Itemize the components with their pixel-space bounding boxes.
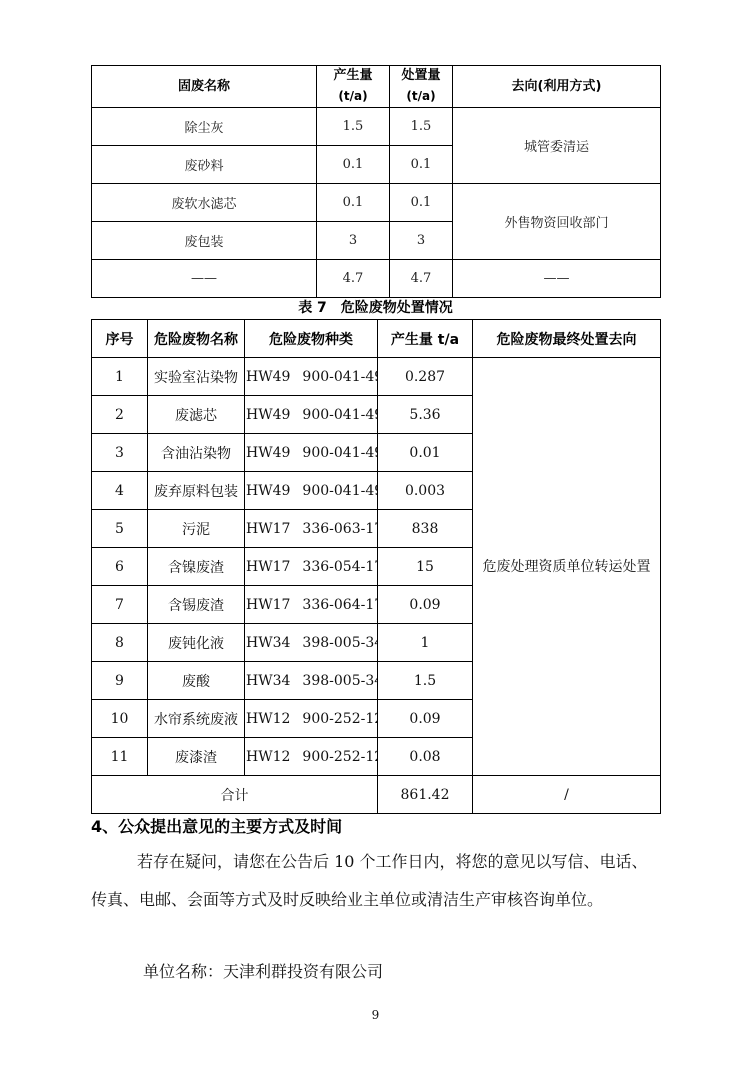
- waste-name: 含油沾染物: [148, 434, 245, 472]
- row-index: 6: [92, 548, 148, 586]
- waste-type: HW49900-041-49: [245, 396, 378, 434]
- waste-type: HW12900-252-12: [245, 738, 378, 776]
- header-generated: 产生量(t/a): [317, 66, 390, 108]
- waste-category: HW49: [246, 483, 290, 499]
- waste-amount: 0.287: [378, 358, 473, 396]
- waste-amount: 5.36: [378, 396, 473, 434]
- header-destination: 危险废物最终处置去向: [473, 320, 661, 358]
- waste-name: 除尘灰: [92, 108, 317, 146]
- row-index: 4: [92, 472, 148, 510]
- waste-code: 398-005-34: [302, 635, 377, 651]
- disposed-amount: 0.1: [390, 146, 453, 184]
- waste-code: 900-041-49: [302, 369, 377, 385]
- waste-name: 实验室沾染物: [148, 358, 245, 396]
- waste-name: 水帘系统废液: [148, 700, 245, 738]
- solid-waste-table: 固废名称 产生量(t/a) 处置量(t/a) 去向(利用方式) 除尘灰 1.5 …: [91, 65, 661, 298]
- header-amount: 产生量 t/a: [378, 320, 473, 358]
- row-index: 3: [92, 434, 148, 472]
- header-waste-name: 固废名称: [92, 66, 317, 108]
- section-heading: 4、公众提出意见的主要方式及时间: [91, 815, 342, 839]
- waste-category: HW49: [246, 369, 290, 385]
- row-index: 8: [92, 624, 148, 662]
- waste-code: 336-063-17: [302, 521, 377, 537]
- waste-name: 废砂料: [92, 146, 317, 184]
- waste-category: HW49: [246, 407, 290, 423]
- row-index: 11: [92, 738, 148, 776]
- waste-name: 污泥: [148, 510, 245, 548]
- row-index: 1: [92, 358, 148, 396]
- waste-code: 336-064-17: [302, 597, 377, 613]
- total-amount: 861.42: [378, 776, 473, 814]
- waste-amount: 15: [378, 548, 473, 586]
- waste-type: HW34398-005-34: [245, 662, 378, 700]
- waste-type: HW17336-054-17: [245, 548, 378, 586]
- row-index: 9: [92, 662, 148, 700]
- waste-amount: 0.003: [378, 472, 473, 510]
- table-header-row: 序号 危险废物名称 危险废物种类 产生量 t/a 危险废物最终处置去向: [92, 320, 661, 358]
- waste-category: HW34: [246, 635, 290, 651]
- waste-amount: 838: [378, 510, 473, 548]
- destination-cell: 城管委清运: [453, 108, 661, 184]
- waste-code: 398-005-34: [302, 673, 377, 689]
- waste-amount: 0.09: [378, 700, 473, 738]
- waste-name: 废酸: [148, 662, 245, 700]
- waste-name: 含锡废渣: [148, 586, 245, 624]
- disposed-amount: 4.7: [390, 260, 453, 298]
- waste-type: HW17336-064-17: [245, 586, 378, 624]
- destination-cell: 危废处理资质单位转运处置: [473, 358, 661, 776]
- table-row: 1 实验室沾染物 HW49900-041-49 0.287 危废处理资质单位转运…: [92, 358, 661, 396]
- total-label: 合计: [92, 776, 378, 814]
- waste-code: 900-252-12: [302, 749, 377, 765]
- generated-amount: 0.1: [317, 184, 390, 222]
- waste-type: HW12900-252-12: [245, 700, 378, 738]
- waste-name: 废钝化液: [148, 624, 245, 662]
- destination-cell: 外售物资回收部门: [453, 184, 661, 260]
- waste-amount: 0.08: [378, 738, 473, 776]
- header-disposed: 处置量(t/a): [390, 66, 453, 108]
- header-destination: 去向(利用方式): [453, 66, 661, 108]
- header-waste-name: 危险废物名称: [148, 320, 245, 358]
- generated-amount: 0.1: [317, 146, 390, 184]
- waste-name: 废滤芯: [148, 396, 245, 434]
- waste-name: 废漆渣: [148, 738, 245, 776]
- waste-category: HW17: [246, 521, 290, 537]
- waste-amount: 0.09: [378, 586, 473, 624]
- table-row: 除尘灰 1.5 1.5 城管委清运: [92, 108, 661, 146]
- destination-cell: ——: [453, 260, 661, 298]
- hazardous-waste-table: 序号 危险废物名称 危险废物种类 产生量 t/a 危险废物最终处置去向 1 实验…: [91, 319, 661, 814]
- disposed-amount: 0.1: [390, 184, 453, 222]
- waste-category: HW49: [246, 445, 290, 461]
- table-row: 废软水滤芯 0.1 0.1 外售物资回收部门: [92, 184, 661, 222]
- waste-name: 含镍废渣: [148, 548, 245, 586]
- waste-category: HW17: [246, 597, 290, 613]
- body-paragraph: 若存在疑问，请您在公告后 10 个工作日内，将您的意见以写信、电话、传真、电邮、…: [91, 843, 663, 919]
- waste-code: 336-054-17: [302, 559, 377, 575]
- waste-category: HW12: [246, 749, 290, 765]
- table-header-row: 固废名称 产生量(t/a) 处置量(t/a) 去向(利用方式): [92, 66, 661, 108]
- total-destination: /: [473, 776, 661, 814]
- waste-category: HW17: [246, 559, 290, 575]
- row-index: 10: [92, 700, 148, 738]
- waste-code: 900-041-49: [302, 407, 377, 423]
- waste-amount: 1: [378, 624, 473, 662]
- row-index: 5: [92, 510, 148, 548]
- page-number: 9: [0, 1008, 751, 1022]
- waste-category: HW12: [246, 711, 290, 727]
- waste-type: HW49900-041-49: [245, 472, 378, 510]
- disposed-amount: 3: [390, 222, 453, 260]
- waste-name: ——: [92, 260, 317, 298]
- waste-type: HW49900-041-49: [245, 434, 378, 472]
- table-total-row: 合计 861.42 /: [92, 776, 661, 814]
- row-index: 7: [92, 586, 148, 624]
- waste-amount: 0.01: [378, 434, 473, 472]
- disposed-amount: 1.5: [390, 108, 453, 146]
- waste-type: HW34398-005-34: [245, 624, 378, 662]
- waste-type: HW49900-041-49: [245, 358, 378, 396]
- waste-amount: 1.5: [378, 662, 473, 700]
- waste-name: 废包装: [92, 222, 317, 260]
- table-total-row: —— 4.7 4.7 ——: [92, 260, 661, 298]
- waste-code: 900-252-12: [302, 711, 377, 727]
- waste-category: HW34: [246, 673, 290, 689]
- table-caption: 表 7 危险废物处置情况: [91, 298, 660, 318]
- generated-amount: 3: [317, 222, 390, 260]
- company-name: 单位名称：天津利群投资有限公司: [91, 953, 715, 991]
- generated-amount: 4.7: [317, 260, 390, 298]
- waste-code: 900-041-49: [302, 483, 377, 499]
- waste-name: 废软水滤芯: [92, 184, 317, 222]
- header-waste-type: 危险废物种类: [245, 320, 378, 358]
- waste-name: 废弃原料包装: [148, 472, 245, 510]
- generated-amount: 1.5: [317, 108, 390, 146]
- row-index: 2: [92, 396, 148, 434]
- waste-type: HW17336-063-17: [245, 510, 378, 548]
- header-index: 序号: [92, 320, 148, 358]
- waste-code: 900-041-49: [302, 445, 377, 461]
